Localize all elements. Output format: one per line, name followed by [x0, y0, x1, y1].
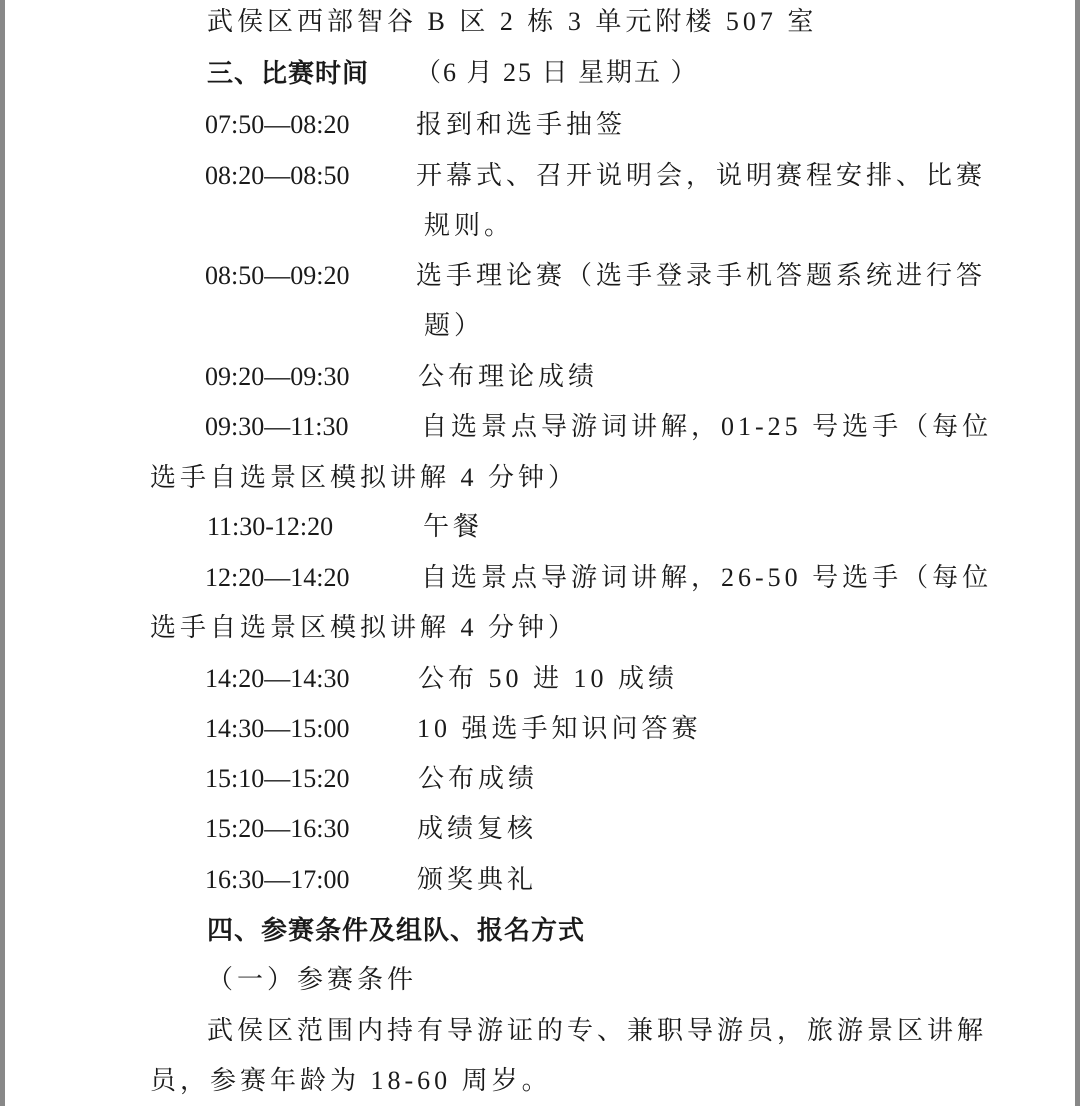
schedule-time: 09:20—09:30	[205, 361, 349, 393]
schedule-desc: 公布成绩	[418, 763, 538, 795]
schedule-time: 12:20—14:20	[205, 562, 349, 594]
schedule-desc: 颁奖典礼	[417, 864, 537, 896]
schedule-desc: 自选景点导游词讲解，26-50 号选手（每位	[421, 562, 992, 594]
schedule-desc: 报到和选手抽签	[416, 109, 626, 141]
schedule-desc: 午餐	[423, 511, 483, 543]
schedule-desc: 公布理论成绩	[418, 361, 598, 393]
section4-sub1-heading: （一）参赛条件	[207, 964, 417, 996]
schedule-desc-cont: 选手自选景区模拟讲解 4 分钟）	[150, 462, 578, 494]
schedule-desc: 成绩复核	[417, 813, 537, 845]
schedule-desc: 选手理论赛（选手登录手机答题系统进行答	[416, 260, 986, 292]
schedule-time: 15:10—15:20	[205, 763, 349, 795]
schedule-time: 11:30-12:20	[207, 511, 333, 543]
address-line: 武侯区西部智谷 B 区 2 栋 3 单元附楼 507 室	[207, 6, 817, 38]
schedule-desc: 10 强选手知识问答赛	[417, 713, 702, 745]
schedule-time: 14:30—15:00	[205, 713, 349, 745]
page-edge-right	[1075, 0, 1080, 1106]
section3-date: （6 月 25 日 星期五 ）	[415, 57, 699, 89]
schedule-desc-cont: 规则。	[424, 210, 514, 242]
schedule-time: 09:30—11:30	[205, 411, 348, 443]
paragraph-line: 武侯区范围内持有导游证的专、兼职导游员，旅游景区讲解	[207, 1015, 987, 1047]
schedule-desc-cont: 选手自选景区模拟讲解 4 分钟）	[150, 612, 578, 644]
schedule-time: 08:50—09:20	[205, 260, 349, 292]
schedule-time: 08:20—08:50	[205, 160, 349, 192]
schedule-desc: 自选景点导游词讲解，01-25 号选手（每位	[421, 411, 992, 443]
paragraph-line: 员，参赛年龄为 18-60 周岁。	[150, 1065, 552, 1097]
section3-heading: 三、比赛时间	[207, 57, 369, 89]
schedule-time: 16:30—17:00	[205, 864, 349, 896]
schedule-desc: 公布 50 进 10 成绩	[418, 663, 678, 695]
schedule-time: 15:20—16:30	[205, 813, 349, 845]
schedule-time: 14:20—14:30	[205, 663, 349, 695]
schedule-desc: 开幕式、召开说明会，说明赛程安排、比赛	[416, 160, 986, 192]
page-edge-left	[0, 0, 5, 1106]
schedule-time: 07:50—08:20	[205, 109, 349, 141]
schedule-desc-cont: 题）	[424, 310, 484, 342]
section4-heading: 四、参赛条件及组队、报名方式	[207, 914, 585, 946]
